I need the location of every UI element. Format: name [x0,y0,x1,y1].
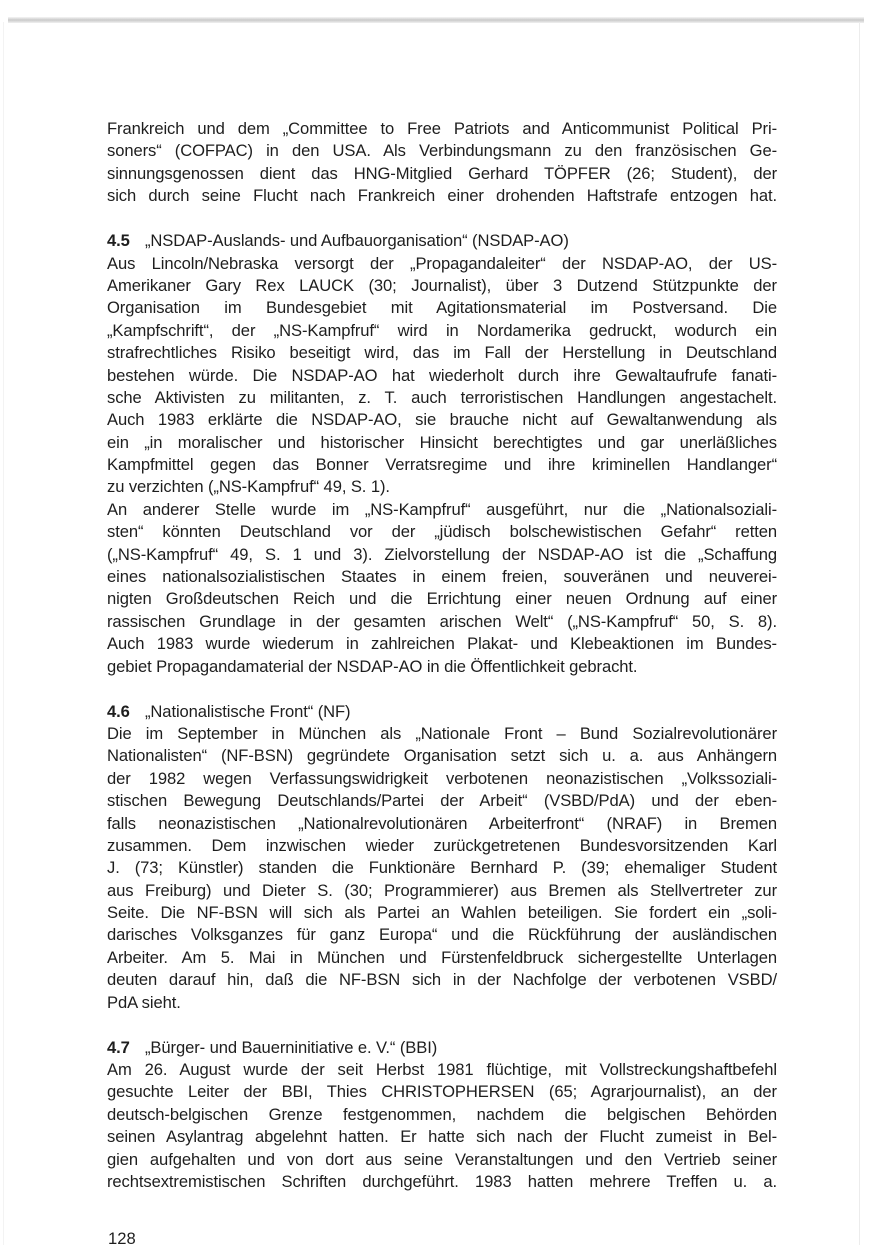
text-line: Nationalisten“ (NF-BSN) gegründete Organ… [107,745,777,767]
page-body: Frankreich und dem „Committee to Free Pa… [107,118,777,1193]
paragraph-gap [107,1014,777,1037]
text-line: nigten Großdeutschen Reich und die Erric… [107,588,777,610]
text-line: Kampfmittel gegen das Bonner Verratsregi… [107,454,777,476]
text-line: rassischen Grundlage in der gesamten ari… [107,611,777,633]
text-line: zusammen. Dem inzwischen wieder zurückge… [107,835,777,857]
section-title: „Bürger- und Bauerninitiative e. V.“ (BB… [145,1038,437,1057]
text-line: („NS-Kampfruf“ 49, S. 1 und 3). Zielvors… [107,544,777,566]
text-line: deuten darauf hin, daß die NF-BSN sich i… [107,969,777,991]
text-line: gesuchte Leiter der BBI, Thies CHRISTOPH… [107,1081,777,1103]
section-number: 4.7 [107,1037,145,1059]
text-line: Amerikaner Gary Rex LAUCK (30; Journalis… [107,275,777,297]
section-4-6: 4.6„Nationalistische Front“ (NF)Die im S… [107,701,777,1014]
text-line: seinen Asylantrag abgelehnt hatten. Er h… [107,1126,777,1148]
section-4-7: 4.7„Bürger- und Bauerninitiative e. V.“ … [107,1037,777,1194]
text-line: J. (73; Künstler) standen die Funktionär… [107,857,777,879]
text-line: rechtsextremistischen Schriften durchgef… [107,1171,777,1193]
text-line: sinnungsgenossen dient das HNG-Mitglied … [107,163,777,185]
scan-right-edge [859,22,860,1245]
text-line: Organisation im Bundesgebiet mit Agitati… [107,297,777,319]
scan-top-edge [8,17,864,23]
text-line: „Kampfschrift“, der „NS-Kampfruf“ wird i… [107,320,777,342]
text-line: bestehen würde. Die NSDAP-AO hat wiederh… [107,365,777,387]
text-line: zu verzichten („NS-Kampfruf“ 49, S. 1). [107,476,777,498]
text-line: Auch 1983 wurde wiederum in zahlreichen … [107,633,777,655]
text-line: gebiet Propagandamaterial der NSDAP-AO i… [107,656,777,678]
text-line: Auch 1983 erklärte die NSDAP-AO, sie bra… [107,409,777,431]
text-line: Die im September in München als „Nationa… [107,723,777,745]
section-title: „NSDAP-Auslands- und Aufbauorganisation“… [145,231,569,250]
text-line: der 1982 wegen Verfassungswidrigkeit ver… [107,768,777,790]
section-heading: 4.7„Bürger- und Bauerninitiative e. V.“ … [107,1037,777,1059]
text-line: PdA sieht. [107,992,777,1014]
section-number: 4.6 [107,701,145,723]
text-line: sich durch seine Flucht nach Frankreich … [107,185,777,207]
section-heading: 4.5„NSDAP-Auslands- und Aufbauorganisati… [107,230,777,252]
text-line: soners“ (COFPAC) in den USA. Als Verbind… [107,140,777,162]
section-title: „Nationalistische Front“ (NF) [145,702,351,721]
text-line: stischen Bewegung Deutschlands/Partei de… [107,790,777,812]
text-line: sten“ könnten Deutschland vor der „jüdis… [107,521,777,543]
text-line: aus Freiburg) und Dieter S. (30; Program… [107,880,777,902]
section-4-5: 4.5„NSDAP-Auslands- und Aufbauorganisati… [107,230,777,678]
text-line: deutsch-belgischen Grenze festgenommen, … [107,1104,777,1126]
paragraph-gap [107,208,777,231]
scan-left-edge [3,22,4,1245]
text-line: strafrechtliches Risiko beseitigt wird, … [107,342,777,364]
text-line: eines nationalsozialistischen Staates in… [107,566,777,588]
text-line: An anderer Stelle wurde im „NS-Kampfruf“… [107,499,777,521]
text-line: Aus Lincoln/Nebraska versorgt der „Propa… [107,253,777,275]
text-line: Frankreich und dem „Committee to Free Pa… [107,118,777,140]
text-line: darisches Volksganzes für ganz Europa“ u… [107,924,777,946]
text-line: sche Aktivisten zu militanten, z. T. auc… [107,387,777,409]
text-line: Am 26. August wurde der seit Herbst 1981… [107,1059,777,1081]
text-line: falls neonazistischen „Nationalrevolutio… [107,813,777,835]
page-number: 128 [108,1228,136,1245]
section-heading: 4.6„Nationalistische Front“ (NF) [107,701,777,723]
text-line: Seite. Die NF-BSN will sich als Partei a… [107,902,777,924]
text-line: gien aufgehalten und von dort aus seine … [107,1149,777,1171]
text-line: Arbeiter. Am 5. Mai in München und Fürst… [107,947,777,969]
section-number: 4.5 [107,230,145,252]
text-line: ein „in moralischer und historischer Hin… [107,432,777,454]
paragraph: Frankreich und dem „Committee to Free Pa… [107,118,777,208]
paragraph-gap [107,678,777,701]
